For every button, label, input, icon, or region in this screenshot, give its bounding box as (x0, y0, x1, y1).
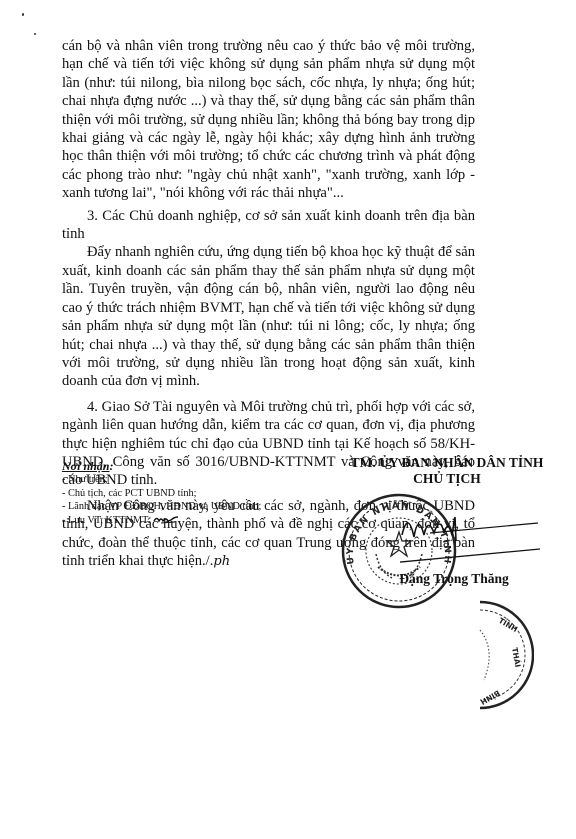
signer-organization: TM. ỦY BAN NHÂN DÂN TỈNH (334, 455, 560, 471)
signature-block: TM. ỦY BAN NHÂN DÂN TỈNH CHỦ TỊCH Đặng T… (334, 455, 560, 487)
handwritten-initials: ph (213, 554, 230, 569)
initials-scribble-icon (153, 515, 179, 525)
paragraph-continuation: cán bộ và nhân viên trong trường nêu cao… (62, 37, 475, 203)
recipient-item: - Lưu VT, KTTNMT. (62, 514, 322, 527)
paragraph-businesses: Đẩy nhanh nghiên cứu, ứng dụng tiến bộ k… (62, 243, 475, 390)
scan-speck (22, 13, 24, 16)
signer-name: Đặng Trọng Thăng (334, 571, 560, 587)
scan-speck (34, 33, 36, 35)
svg-text:THÁI: THÁI (510, 647, 522, 668)
recipient-item: - Như trên; (62, 473, 322, 486)
recipient-item: - Chủ tịch, các PCT UBND tỉnh; (62, 487, 322, 500)
section-heading-3: 3. Các Chủ doanh nghiệp, cơ sở sản xuất … (62, 207, 475, 244)
recipients-block: Nơi nhận: - Như trên; - Chủ tịch, các PC… (62, 460, 322, 527)
recipient-item: - Lãnh đạo VP ĐĐBQH, HĐND và UBND tỉnh; (62, 500, 322, 513)
recipients-title: Nơi nhận: (62, 460, 322, 473)
signer-role: CHỦ TỊCH (334, 471, 560, 487)
partial-seal-stamp-icon: TỈNH THÁI BÌNH (478, 600, 534, 712)
